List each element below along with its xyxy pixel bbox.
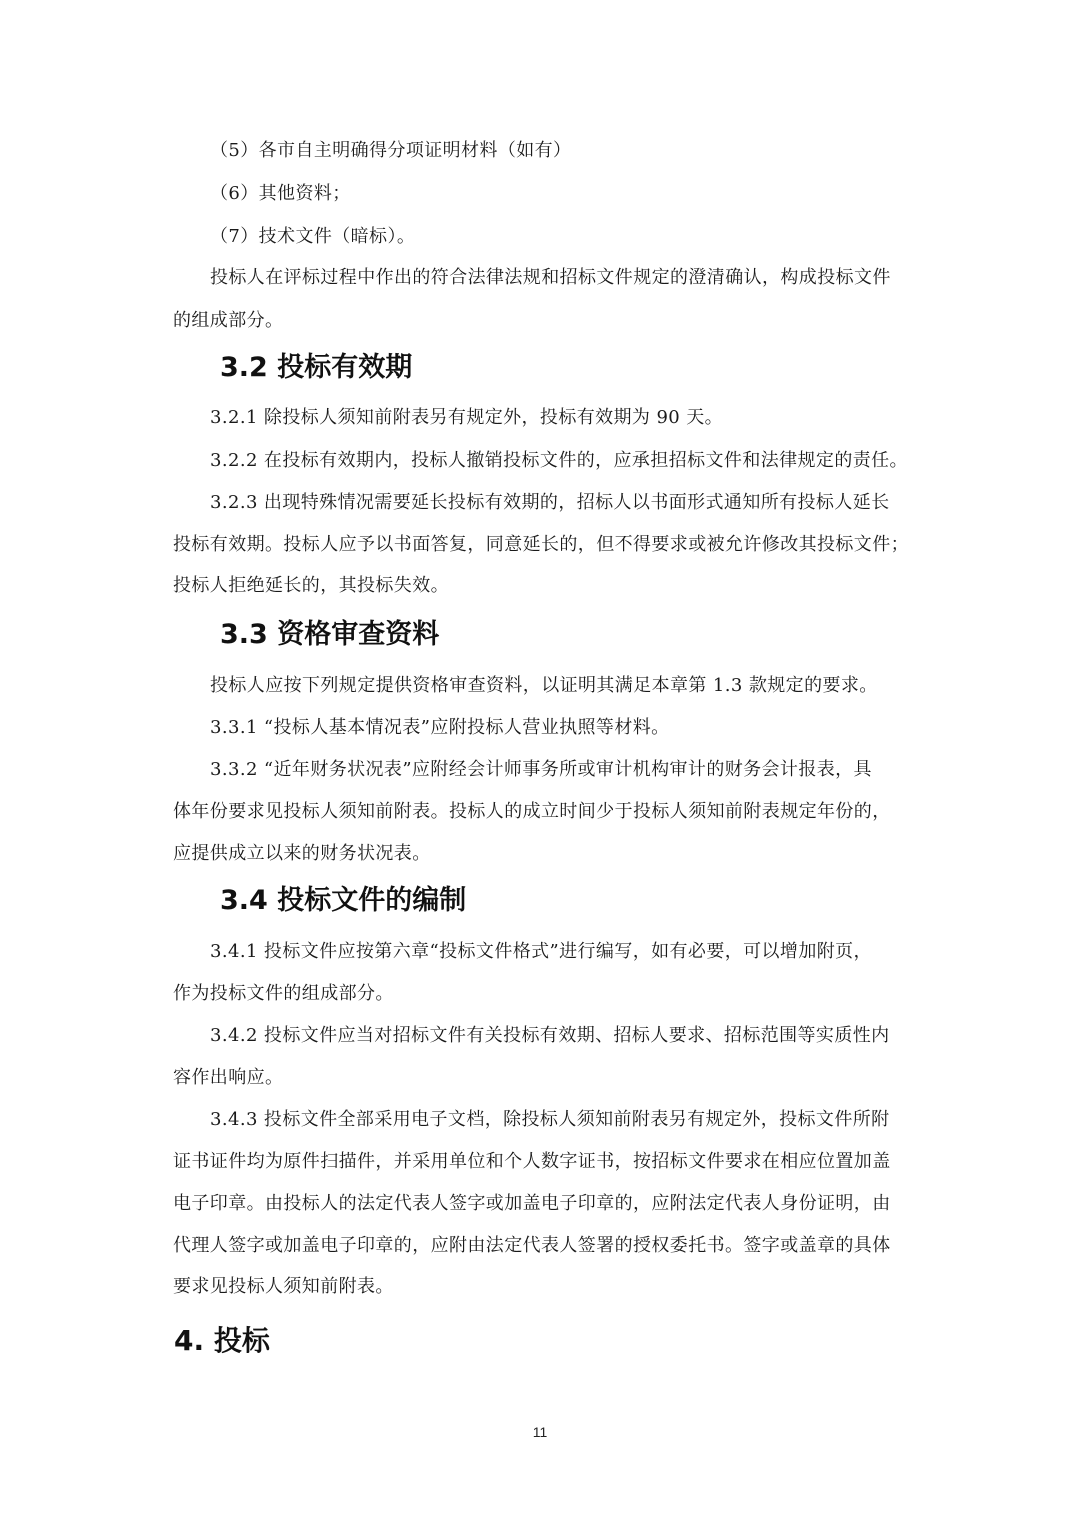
paragraph-line: 代理人签字或加盖电子印章的，应附由法定代表人签署的授权委托书。签字或盖章的具体	[173, 1233, 913, 1259]
list-item: （7）技术文件（暗标）。	[210, 224, 950, 250]
paragraph-line: 3.2.1 除投标人须知前附表另有规定外，投标有效期为 90 天。	[210, 405, 950, 431]
paragraph-line: 电子印章。由投标人的法定代表人签字或加盖电子印章的，应附法定代表人身份证明，由	[173, 1191, 913, 1217]
paragraph-line: 要求见投标人须知前附表。	[173, 1274, 913, 1300]
section-heading-3-4: 3.4 投标文件的编制	[220, 883, 466, 919]
list-item: （5）各市自主明确得分项证明材料（如有）	[210, 138, 950, 164]
paragraph-line: 3.2.3 出现特殊情况需要延长投标有效期的，招标人以书面形式通知所有投标人延长	[210, 490, 950, 516]
paragraph-line: 证书证件均为原件扫描件，并采用单位和个人数字证书，按招标文件要求在相应位置加盖	[173, 1149, 913, 1175]
section-heading-3-3: 3.3 资格审查资料	[220, 617, 439, 653]
section-heading-3-2: 3.2 投标有效期	[220, 350, 412, 386]
paragraph-line: 3.3.1 “投标人基本情况表”应附投标人营业执照等材料。	[210, 715, 950, 741]
paragraph-line: 的组成部分。	[173, 308, 913, 334]
paragraph-line: 3.2.2 在投标有效期内，投标人撤销投标文件的，应承担招标文件和法律规定的责任…	[210, 448, 950, 474]
page-number: 11	[0, 1424, 1080, 1440]
paragraph-line: 3.4.1 投标文件应按第六章“投标文件格式”进行编写，如有必要，可以增加附页，	[210, 939, 950, 965]
paragraph-line: 3.3.2 “近年财务状况表”应附经会计师事务所或审计机构审计的财务会计报表，具	[210, 757, 950, 783]
paragraph-line: 投标人应按下列规定提供资格审查资料，以证明其满足本章第 1.3 款规定的要求。	[210, 673, 950, 699]
document-page: （5）各市自主明确得分项证明材料（如有） （6）其他资料； （7）技术文件（暗标…	[0, 0, 1080, 1527]
paragraph-line: 应提供成立以来的财务状况表。	[173, 841, 913, 867]
chapter-heading-4: 4. 投标	[174, 1322, 270, 1360]
paragraph-line: 3.4.3 投标文件全部采用电子文档，除投标人须知前附表另有规定外，投标文件所附	[210, 1107, 950, 1133]
list-item: （6）其他资料；	[210, 181, 950, 207]
paragraph-line: 作为投标文件的组成部分。	[173, 981, 913, 1007]
paragraph-line: 投标有效期。投标人应予以书面答复，同意延长的，但不得要求或被允许修改其投标文件；	[173, 532, 913, 558]
paragraph-line: 体年份要求见投标人须知前附表。投标人的成立时间少于投标人须知前附表规定年份的，	[173, 799, 913, 825]
paragraph-line: 3.4.2 投标文件应当对招标文件有关投标有效期、招标人要求、招标范围等实质性内	[210, 1023, 950, 1049]
paragraph-line: 投标人拒绝延长的，其投标失效。	[173, 573, 913, 599]
paragraph-line: 容作出响应。	[173, 1065, 913, 1091]
paragraph-line: 投标人在评标过程中作出的符合法律法规和招标文件规定的澄清确认，构成投标文件	[210, 265, 950, 291]
